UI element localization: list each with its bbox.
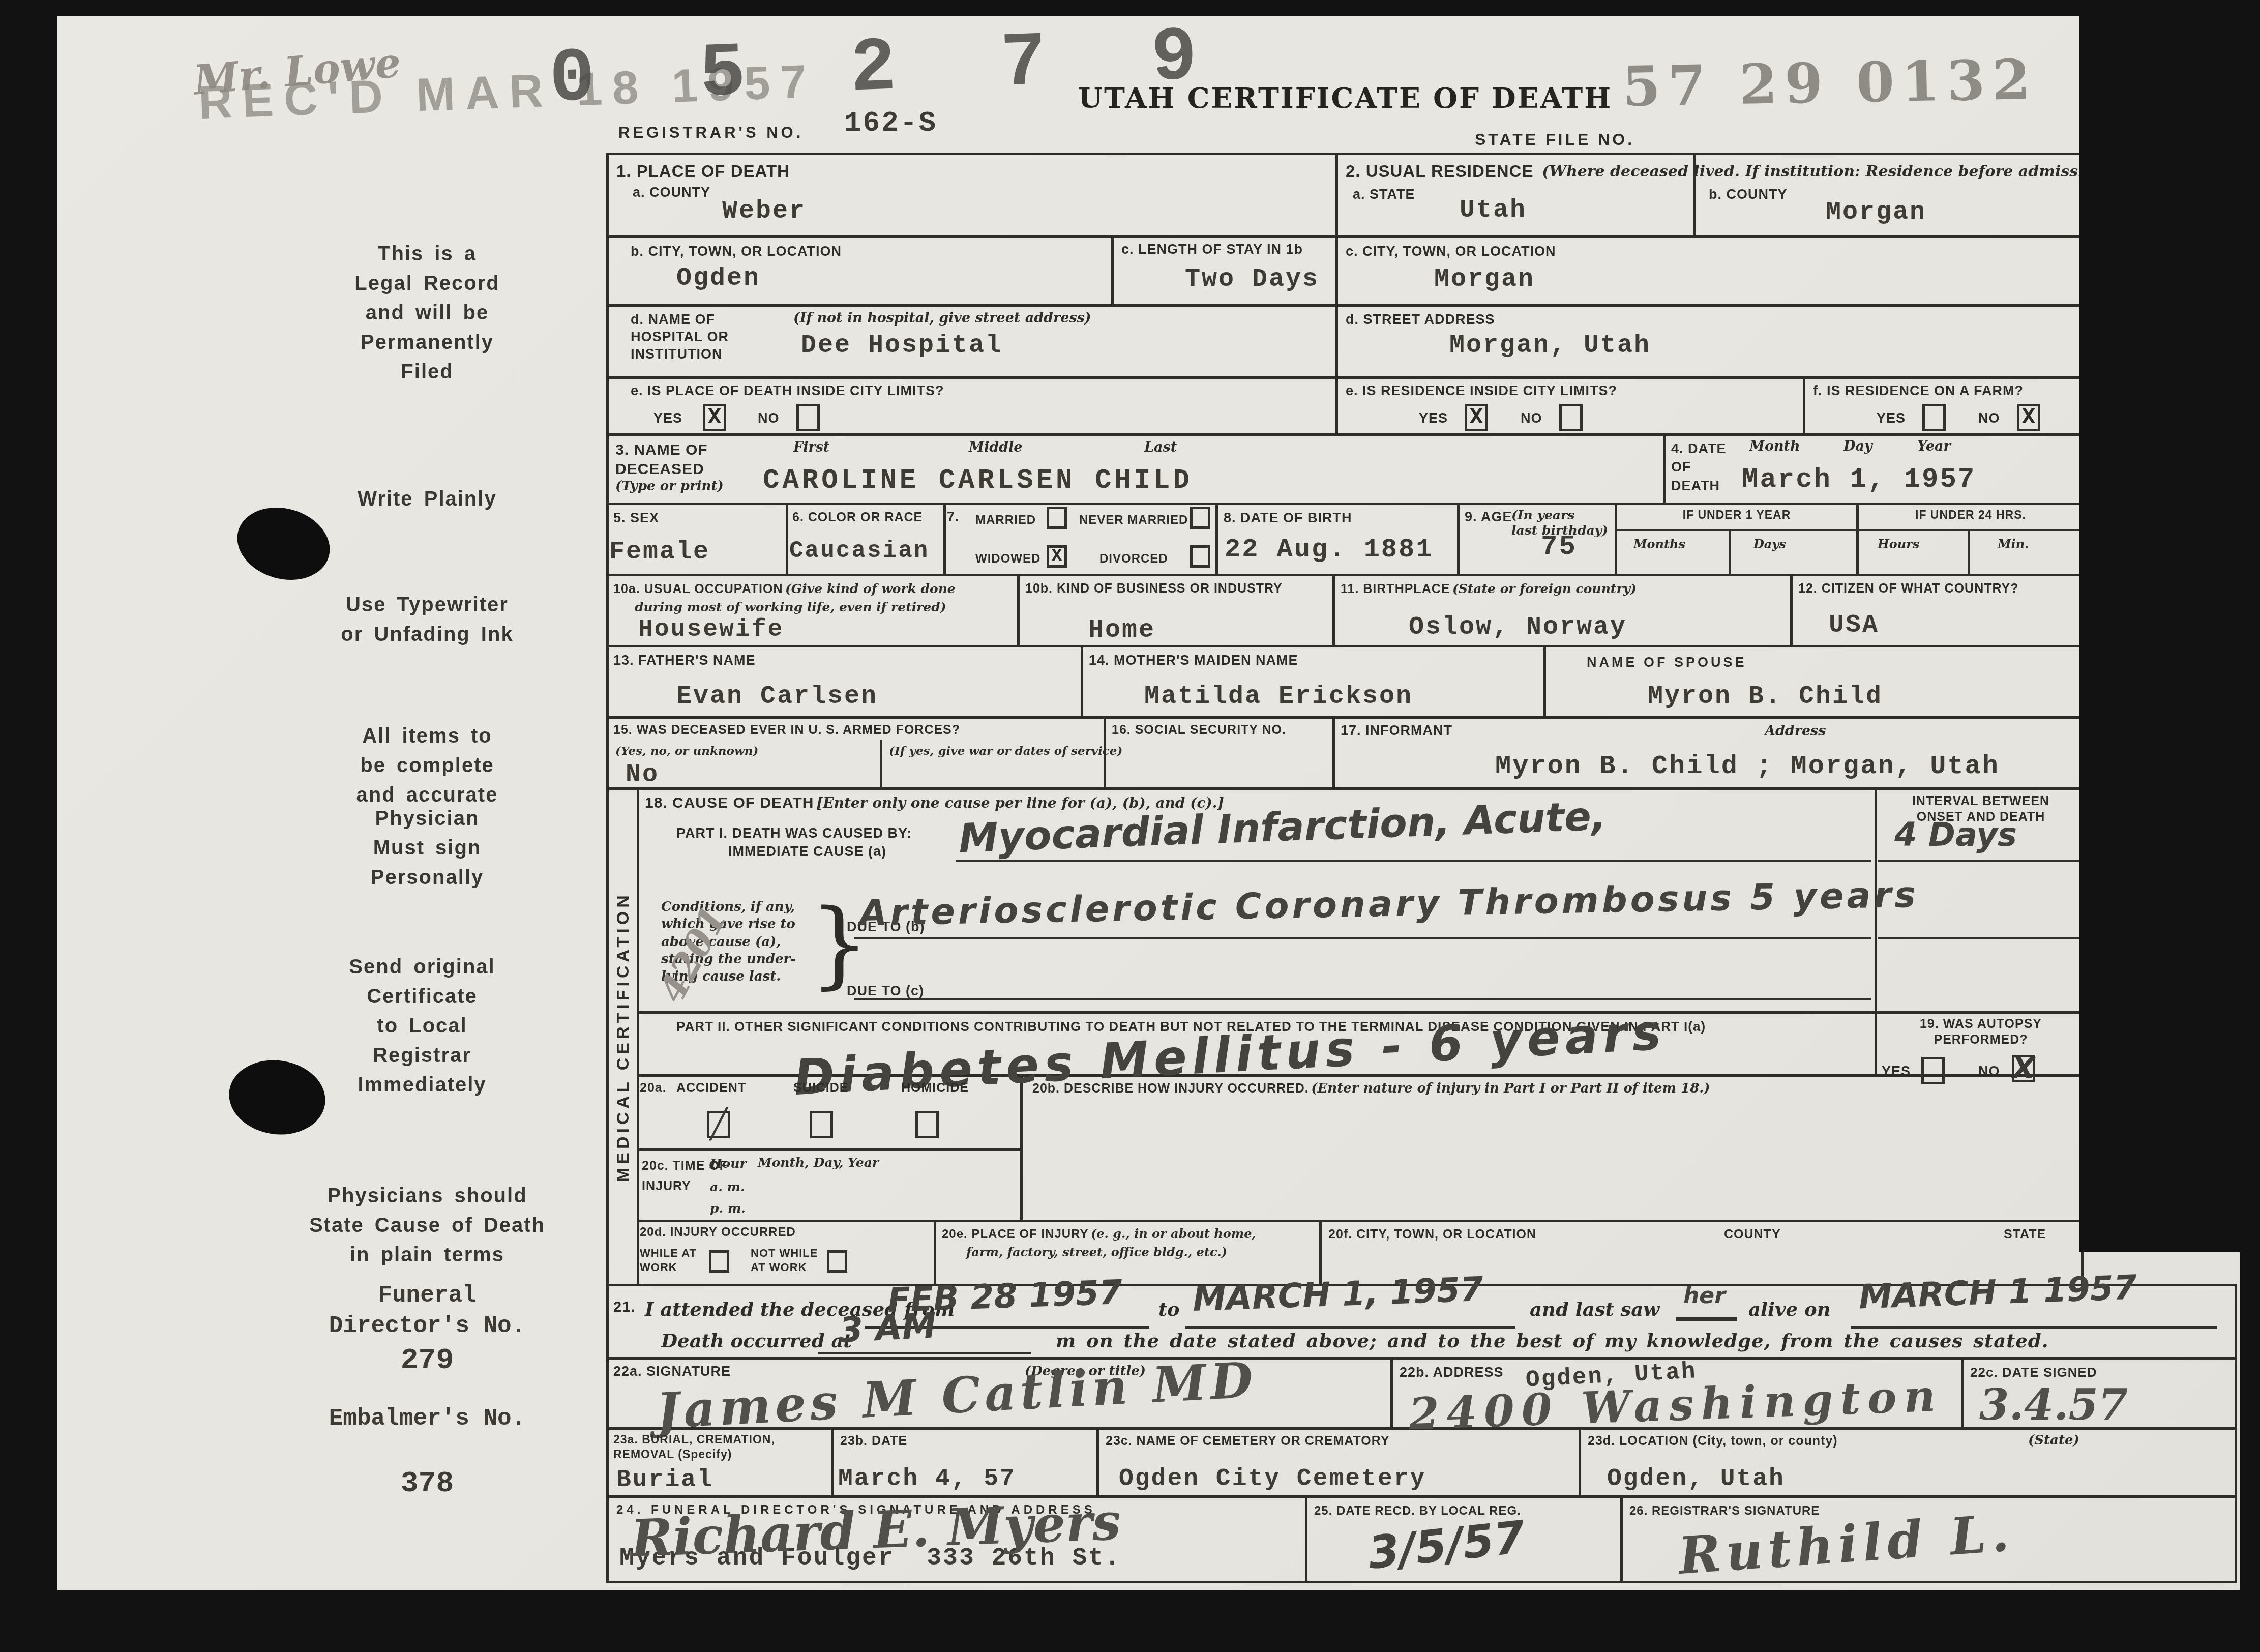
field-9-value: 75 (1541, 532, 1577, 562)
field-20c-hour-label: Hour (710, 1156, 747, 1172)
field-23b-value: March 4, 57 (838, 1466, 1016, 1493)
checkbox-20d-not-while-at-work (827, 1250, 847, 1273)
checkbox-20a-accident: ╱ (707, 1111, 730, 1138)
field-1b-label: b. CITY, TOWN, OR LOCATION (631, 243, 842, 260)
field-21-last-value: MARCH 1 1957 (1858, 1271, 2137, 1314)
field-17-value: Myron B. Child ; Morgan, Utah (1495, 752, 2000, 781)
field-10a-value: Housewife (638, 616, 784, 643)
state-file-label: STATE FILE NO. (1475, 129, 1634, 150)
field-20a-homicide-label: HOMICIDE (901, 1080, 969, 1096)
field-9-label: 9. AGE (1465, 509, 1512, 526)
field-13-label: 13. FATHER'S NAME (613, 652, 755, 669)
divider (1615, 529, 1859, 531)
field-26-label: 26. REGISTRAR'S SIGNATURE (1629, 1503, 1820, 1519)
rule-interval-b (1878, 937, 2081, 939)
field-20e-label-row: 20e. PLACE OF INJURY (e. g., in or about… (942, 1226, 1256, 1242)
state-file-number-stamp: 57 29 0132 (1622, 52, 2038, 114)
field-1a-label: a. COUNTY (633, 184, 710, 201)
field-21-text5: Death occurred at (661, 1329, 852, 1353)
field-21-time-value: 3 AM (838, 1309, 937, 1348)
field-23d-label: 23d. LOCATION (City, town, or county) (1588, 1433, 1838, 1449)
field-20b-label: 20b. DESCRIBE HOW INJURY OCCURRED. (1032, 1081, 1309, 1096)
field-1d-note: (If not in hospital, give street address… (793, 309, 1091, 327)
field-21-num: 21. (613, 1298, 635, 1316)
field-13-value: Evan Carlsen (676, 683, 878, 711)
checkbox-7-married (1047, 507, 1067, 529)
checkbox-1e-yes-mark: X (708, 406, 721, 429)
field-2a-value: Utah (1460, 196, 1527, 224)
field-17-address-label: Address (1765, 722, 1826, 740)
field-20c-mdy-label: Month, Day, Year (758, 1155, 879, 1171)
scan-border-right-upper (2079, 0, 2260, 1252)
field-9-under24-label: IF UNDER 24 HRS. (1859, 508, 2083, 522)
field-2c-value: Morgan (1434, 265, 1535, 293)
field-19-yes-label: YES (1882, 1063, 1911, 1080)
field-8-label: 8. DATE OF BIRTH (1224, 510, 1352, 527)
margin-note-complete: All items to be complete and accurate (305, 721, 549, 810)
field-1-title: 1. PLACE OF DEATH (616, 161, 790, 182)
field-20f-state-label: STATE (2004, 1227, 2046, 1243)
margin-note-plain-terms: Physicians should State Cause of Death i… (254, 1181, 600, 1270)
field-23d-value: Ogden, Utah (1607, 1466, 1785, 1493)
field-7-married-label: MARRIED (975, 513, 1036, 528)
field-20f-label: 20f. CITY, TOWN, OR LOCATION (1328, 1227, 1536, 1243)
field-20b-label-row: 20b. DESCRIBE HOW INJURY OCCURRED. (Ente… (1032, 1080, 1710, 1098)
field-3-first: First (793, 438, 829, 456)
field-2b-label: b. COUNTY (1709, 186, 1788, 203)
field-10a-label: 10a. USUAL OCCUPATION (613, 582, 783, 596)
field-10b-value: Home (1088, 616, 1155, 644)
rule-18a (956, 860, 1871, 862)
checkbox-2f-no: X (2017, 404, 2040, 431)
field-11-note: (State or foreign country) (1452, 581, 1637, 596)
field-20d-label: 20d. INJURY OCCURRED (640, 1225, 796, 1240)
funeral-director-signature: Richard E. Myers (630, 1496, 1122, 1564)
field-2e-yes-label: YES (1419, 410, 1448, 427)
field-22c-label: 22c. DATE SIGNED (1970, 1364, 2097, 1381)
field-1d-value: Dee Hospital (801, 332, 1002, 360)
field-7-widowed-label: WIDOWED (975, 551, 1040, 567)
field-3-note: (Type or print) (615, 478, 724, 495)
funeral-director-no: 279 (285, 1342, 570, 1380)
field-20e-note2: farm, factory, street, office bldg., etc… (966, 1244, 1227, 1260)
divider (1968, 529, 1970, 576)
field-4-year: Year (1917, 437, 1951, 455)
field-1c-value: Two Days (1185, 265, 1319, 293)
field-2f-yes-label: YES (1877, 410, 1906, 427)
divider (880, 740, 882, 790)
field-15-note1: (Yes, no, or unknown) (615, 744, 758, 759)
scan-border-right (2240, 0, 2260, 1652)
field-3-middle: Middle (969, 438, 1022, 456)
field-17-label: 17. INFORMANT (1341, 722, 1452, 740)
checkbox-19-no: X (2012, 1055, 2035, 1082)
checkbox-1e-yes: X (703, 404, 726, 431)
scan-border-top (0, 0, 2260, 16)
field-21-text6: m on the date stated above; and to the b… (1056, 1329, 2049, 1353)
field-22c-value: 3.4.57 (1979, 1383, 2128, 1426)
checkbox-19-yes (1921, 1057, 1945, 1084)
field-21-text3: and last saw (1530, 1297, 1659, 1321)
field-2a-label: a. STATE (1353, 186, 1415, 203)
field-2-note: (Where deceased lived. If institution: R… (1542, 162, 2113, 182)
field-18-label: 18. CAUSE OF DEATH (645, 794, 814, 811)
medical-certification-label: MEDICAL CERTIFICATION (614, 892, 632, 1182)
field-18-due-c-label: DUE TO (c) (847, 983, 924, 1000)
field-2d-value: Morgan, Utah (1449, 332, 1651, 360)
field-2e-no-label: NO (1521, 410, 1542, 427)
field-20b-note: (Enter nature of injury in Part I or Par… (1311, 1081, 1710, 1096)
field-3-last: Last (1144, 438, 1177, 456)
margin-note-send-original: Send original Certificate to Local Regis… (305, 952, 539, 1100)
field-1e-no-label: NO (758, 410, 780, 427)
field-20c-pm-label: p. m. (710, 1200, 746, 1217)
scan-border-left (0, 0, 57, 1652)
field-4-value: March 1, 1957 (1742, 465, 1976, 495)
field-1c-label: c. LENGTH OF STAY IN 1b (1121, 241, 1303, 258)
field-20f-county-label: COUNTY (1724, 1227, 1781, 1243)
margin-note-legal-record: This is a Legal Record and will be Perma… (315, 239, 539, 387)
field-10a-note1: (Give kind of work done (785, 581, 956, 596)
field-9-months-label: Months (1633, 536, 1685, 552)
field-3-value: CAROLINE CARLSEN CHILD (763, 466, 1193, 496)
medical-certification-strip: MEDICAL CERTIFICATION (606, 787, 639, 1286)
registrars-no-label: REGISTRAR'S NO. (618, 123, 804, 143)
rule-18c (854, 998, 1871, 1000)
field-12-label: 12. CITIZEN OF WHAT COUNTRY? (1798, 581, 2019, 597)
rule-21-time (818, 1352, 1031, 1354)
field-spouse-value: Myron B. Child (1648, 683, 1883, 711)
field-23c-value: Ogden City Cemetery (1119, 1466, 1426, 1493)
field-20a-suicide-label: SUICIDE (793, 1080, 848, 1096)
field-23a-value: Burial (616, 1467, 713, 1494)
field-21-her: her (1683, 1285, 1726, 1307)
divider (1729, 529, 1731, 576)
embalmer-no-label: Embalmer's No. (254, 1404, 600, 1434)
field-15-label: 15. WAS DECEASED EVER IN U. S. ARMED FOR… (613, 722, 960, 738)
field-23a-label: 23a. BURIAL, CREMATION, REMOVAL (Specify… (613, 1432, 775, 1462)
field-7-never-label: NEVER MARRIED (1079, 513, 1188, 528)
field-21-text4: alive on (1748, 1297, 1831, 1321)
field-18-part1-label: PART I. DEATH WAS CAUSED BY: (676, 825, 912, 842)
field-11-label: 11. BIRTHPLACE (1341, 582, 1450, 596)
field-6-value: Caucasian (789, 538, 929, 564)
field-spouse-label: NAME OF SPOUSE (1587, 654, 1747, 671)
field-21-to-value: MARCH 1, 1957 (1192, 1273, 1484, 1316)
checkbox-2e-no (1559, 404, 1583, 431)
margin-note-write-plainly: Write Plainly (315, 484, 539, 514)
field-23c-label: 23c. NAME OF CEMETERY OR CREMATORY (1106, 1433, 1390, 1449)
field-2-title: 2. USUAL RESIDENCE (1346, 161, 1533, 182)
rule-18b (854, 937, 1871, 939)
field-4-month: Month (1749, 437, 1800, 455)
field-4-day: Day (1843, 437, 1872, 455)
field-11-value: Oslow, Norway (1409, 613, 1627, 641)
page-title: UTAH CERTIFICATE OF DEATH (1078, 84, 1612, 112)
field-23d-state-label: (State) (2028, 1432, 2079, 1450)
field-2f-label: f. IS RESIDENCE ON A FARM? (1813, 382, 2024, 400)
margin-note-typewriter: Use Typewriter or Unfading Ink (275, 590, 580, 649)
field-10a-note2: during most of working life, even if ret… (635, 599, 946, 616)
field-19-no-label: NO (1978, 1063, 2000, 1080)
checkbox-20a-suicide (810, 1111, 833, 1138)
field-5-value: Female (609, 538, 710, 566)
field-7-divorced-label: DIVORCED (1099, 551, 1168, 567)
field-2f-no-label: NO (1978, 410, 2000, 427)
field-2c-label: c. CITY, TOWN, OR LOCATION (1346, 243, 1556, 260)
rule-interval-a (1878, 860, 2081, 862)
field-9-days-label: Days (1753, 536, 1786, 552)
checkbox-20a-homicide (915, 1111, 939, 1138)
checkbox-1e-no (796, 404, 820, 431)
checkbox-20a-accident-mark: ╱ (710, 1110, 727, 1139)
field-3-label: 3. NAME OF DECEASED (615, 440, 708, 479)
field-8-value: 22 Aug. 1881 (1225, 535, 1433, 564)
field-20a-num: 20a. (640, 1080, 667, 1096)
field-16-label: 16. SOCIAL SECURITY NO. (1112, 722, 1286, 738)
checkbox-7-divorced (1190, 545, 1210, 568)
field-14-label: 14. MOTHER'S MAIDEN NAME (1089, 652, 1298, 669)
checkbox-2f-yes (1922, 404, 1946, 431)
field-1e-label: e. IS PLACE OF DEATH INSIDE CITY LIMITS? (631, 382, 944, 400)
checkbox-2e-yes: X (1465, 404, 1488, 431)
field-10b-label: 10b. KIND OF BUSINESS OR INDUSTRY (1025, 581, 1283, 597)
field-18-interval-a-value: 4 Days (1894, 819, 2017, 851)
scanned-death-certificate: Mr. Lowe This is a Legal Record and will… (0, 0, 2260, 1652)
checkbox-19-no-mark: X (2012, 1054, 2034, 1083)
field-20a-accident-label: ACCIDENT (676, 1080, 746, 1096)
field-20d-work-label: WHILE AT WORK (640, 1246, 697, 1274)
rule-21-her (1676, 1317, 1737, 1321)
field-15-note2: (If yes, give war or dates of service) (889, 744, 1122, 759)
field-21-text2: to (1158, 1297, 1180, 1321)
field-9-under1yr-label: IF UNDER 1 YEAR (1617, 508, 1856, 522)
registrars-no-value: 162-S (844, 108, 937, 139)
field-1b-value: Ogden (676, 264, 760, 292)
scan-border-bottom (0, 1590, 2260, 1652)
field-14-value: Matilda Erickson (1144, 683, 1413, 711)
field-15-value: No (626, 761, 659, 789)
checkbox-20d-while-at-work (709, 1250, 729, 1273)
field-11-label-row: 11. BIRTHPLACE (State or foreign country… (1341, 581, 1637, 598)
embalmer-no: 378 (254, 1465, 600, 1503)
field-12-value: USA (1829, 611, 1879, 639)
margin-note-physician-sign: Physician Must sign Personally (325, 804, 529, 892)
checkbox-2e-yes-mark: X (1470, 406, 1483, 429)
field-20c-am-label: a. m. (710, 1179, 745, 1196)
checkbox-7-widowed-mark: X (1051, 547, 1062, 566)
checkbox-2f-no-mark: X (2022, 406, 2035, 429)
checkbox-7-widowed: X (1047, 545, 1067, 568)
field-20e-note1: (e. g., in or about home, (1091, 1226, 1256, 1241)
field-20e-label: 20e. PLACE OF INJURY (942, 1227, 1089, 1241)
field-20d-notwork-label: NOT WHILE AT WORK (751, 1246, 818, 1274)
field-10a-label-row: 10a. USUAL OCCUPATION (Give kind of work… (613, 581, 956, 598)
field-23b-label: 23b. DATE (840, 1433, 907, 1449)
field-18-immediate-label: IMMEDIATE CAUSE (a) (728, 843, 886, 861)
field-1a-value: Weber (722, 197, 806, 225)
field-1d-label: d. NAME OF HOSPITAL OR INSTITUTION (631, 311, 729, 363)
field-9-hours-label: Hours (1878, 536, 1919, 552)
field-7-num: 7. (947, 509, 960, 526)
field-2d-label: d. STREET ADDRESS (1346, 311, 1495, 329)
field-5-label: 5. SEX (613, 510, 659, 527)
field-6-label: 6. COLOR OR RACE (792, 510, 923, 525)
field-22b-label: 22b. ADDRESS (1400, 1364, 1504, 1381)
field-19-label: 19. WAS AUTOPSY PERFORMED? (1882, 1016, 2080, 1048)
field-1e-yes-label: YES (653, 410, 682, 427)
field-4-label: 4. DATE OF DEATH (1671, 439, 1727, 495)
field-22a-label: 22a. SIGNATURE (613, 1363, 731, 1380)
field-2b-value: Morgan (1826, 198, 1926, 226)
field-2e-label: e. IS RESIDENCE INSIDE CITY LIMITS? (1346, 382, 1617, 400)
checkbox-7-never-married (1190, 507, 1210, 529)
funeral-director-no-label: Funeral Director's No. (285, 1281, 570, 1342)
field-9-min-label: Min. (1998, 536, 2029, 552)
